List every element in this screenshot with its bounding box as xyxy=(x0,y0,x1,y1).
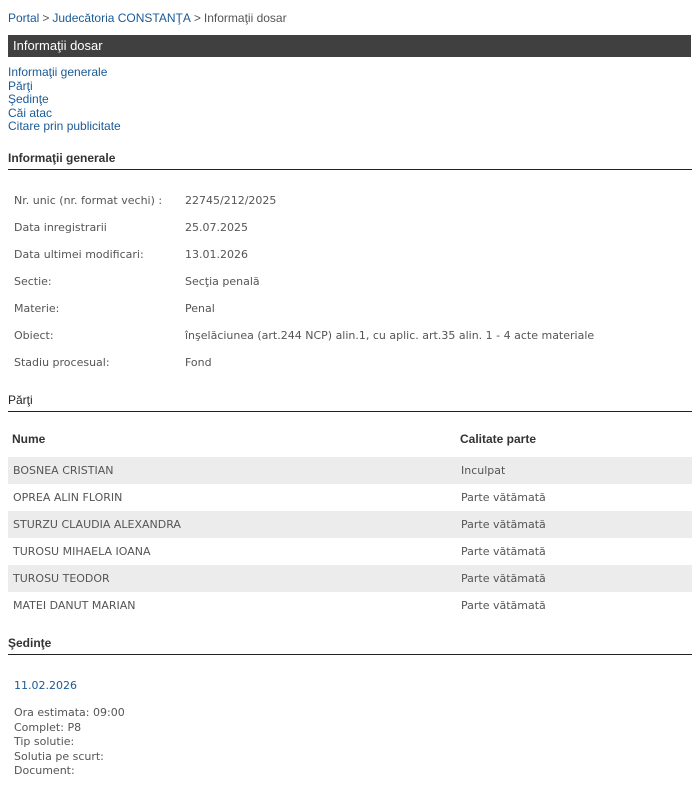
info-value: 13.01.2026 xyxy=(185,248,248,261)
party-name: BOSNEA CRISTIAN xyxy=(13,464,113,477)
hearing-solution-summary: Solutia pe scurt: xyxy=(14,750,125,765)
hearing-panel: Complet: P8 xyxy=(14,721,125,736)
party-role: Parte vătămată xyxy=(461,491,546,504)
info-value: Penal xyxy=(185,302,215,315)
toc-link-informatii-generale[interactable]: Informaţii generale xyxy=(8,66,121,80)
hearing-date: 11.02.2026 xyxy=(14,679,77,692)
party-role: Inculpat xyxy=(461,464,505,477)
party-name: TUROSU MIHAELA IOANA xyxy=(13,545,150,558)
info-value: 22745/212/2025 xyxy=(185,194,276,207)
info-row: Obiect:înşelăciunea (art.244 NCP) alin.1… xyxy=(14,322,594,349)
section-heading-parti: Părţi xyxy=(8,393,692,412)
hearing-solution-type: Tip solutie: xyxy=(14,735,125,750)
party-role: Parte vătămată xyxy=(461,599,546,612)
table-row: OPREA ALIN FLORINParte vătămată xyxy=(8,484,692,511)
table-row: BOSNEA CRISTIANInculpat xyxy=(8,457,692,484)
table-row: TUROSU MIHAELA IOANAParte vătămată xyxy=(8,538,692,565)
party-role: Parte vătămată xyxy=(461,518,546,531)
section-heading-general: Informaţii generale xyxy=(8,151,692,170)
toc-link-cai-atac[interactable]: Căi atac xyxy=(8,107,121,121)
column-header-calitate: Calitate parte xyxy=(460,432,536,446)
breadcrumb-current: Informaţii dosar xyxy=(204,11,287,25)
info-row: Sectie:Secţia penală xyxy=(14,268,594,295)
toc-link-sedinte[interactable]: Şedinţe xyxy=(8,93,121,107)
table-row: MATEI DANUT MARIANParte vătămată xyxy=(8,592,692,619)
party-name: MATEI DANUT MARIAN xyxy=(13,599,136,612)
info-label: Materie: xyxy=(14,302,185,315)
info-label: Data inregistrarii xyxy=(14,221,185,234)
info-value: înşelăciunea (art.244 NCP) alin.1, cu ap… xyxy=(185,329,594,342)
info-label: Stadiu procesual: xyxy=(14,356,185,369)
info-label: Obiect: xyxy=(14,329,185,342)
page-title: Informaţii dosar xyxy=(13,38,103,53)
breadcrumb-separator: > xyxy=(42,11,49,25)
toc-link-citare[interactable]: Citare prin publicitate xyxy=(8,120,121,134)
info-row: Nr. unic (nr. format vechi) :22745/212/2… xyxy=(14,187,594,214)
breadcrumb: Portal>Judecătoria CONSTANŢA>Informaţii … xyxy=(8,11,287,25)
general-info-table: Nr. unic (nr. format vechi) :22745/212/2… xyxy=(14,187,594,376)
table-row: TUROSU TEODORParte vătămată xyxy=(8,565,692,592)
info-label: Nr. unic (nr. format vechi) : xyxy=(14,194,185,207)
info-row: Materie:Penal xyxy=(14,295,594,322)
info-row: Data inregistrarii25.07.2025 xyxy=(14,214,594,241)
breadcrumb-court-link[interactable]: Judecătoria CONSTANŢA xyxy=(52,11,191,25)
breadcrumb-separator: > xyxy=(194,11,201,25)
hearing-time: Ora estimata: 09:00 xyxy=(14,706,125,721)
toc-link-parti[interactable]: Părţi xyxy=(8,80,121,94)
table-row: STURZU CLAUDIA ALEXANDRAParte vătămată xyxy=(8,511,692,538)
info-label: Sectie: xyxy=(14,275,185,288)
party-name: OPREA ALIN FLORIN xyxy=(13,491,122,504)
page-title-bar: Informaţii dosar xyxy=(8,35,691,57)
info-row: Data ultimei modificari:13.01.2026 xyxy=(14,241,594,268)
party-name: STURZU CLAUDIA ALEXANDRA xyxy=(13,518,181,531)
hearing-document: Document: xyxy=(14,764,125,779)
info-label: Data ultimei modificari: xyxy=(14,248,185,261)
party-role: Parte vătămată xyxy=(461,572,546,585)
info-value: Secţia penală xyxy=(185,275,260,288)
section-heading-sedinte: Şedinţe xyxy=(8,636,692,655)
column-header-nume: Nume xyxy=(12,432,45,446)
party-name: TUROSU TEODOR xyxy=(13,572,110,585)
breadcrumb-portal-link[interactable]: Portal xyxy=(8,11,39,25)
info-value: 25.07.2025 xyxy=(185,221,248,234)
table-of-contents: Informaţii generale Părţi Şedinţe Căi at… xyxy=(8,66,121,134)
hearing-details: Ora estimata: 09:00 Complet: P8 Tip solu… xyxy=(14,706,125,779)
info-value: Fond xyxy=(185,356,212,369)
info-row: Stadiu procesual:Fond xyxy=(14,349,594,376)
parti-table: BOSNEA CRISTIANInculpat OPREA ALIN FLORI… xyxy=(8,457,692,619)
party-role: Parte vătămată xyxy=(461,545,546,558)
